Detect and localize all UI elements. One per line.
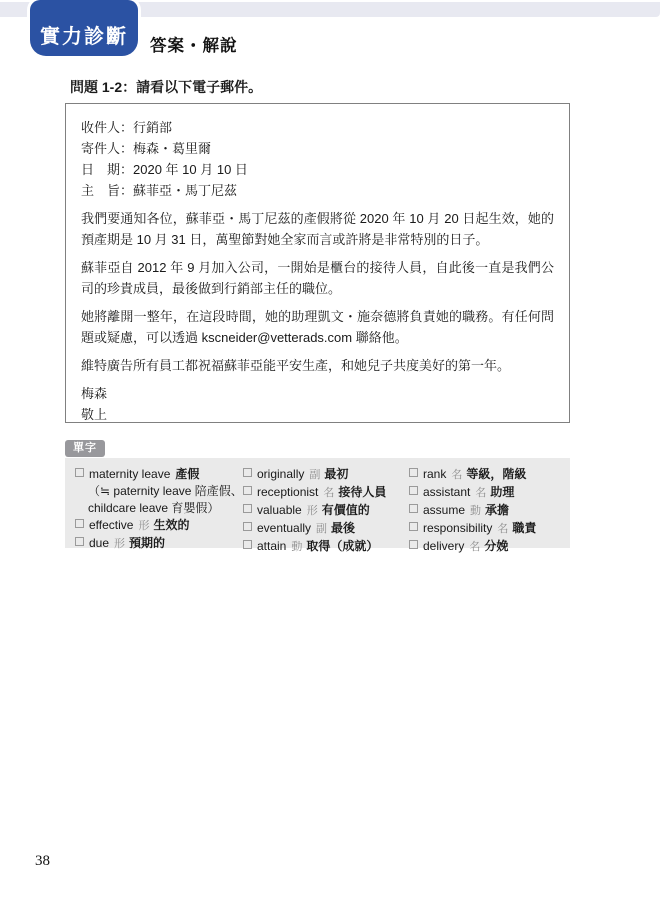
vocab-entry: effective形生效的 <box>75 517 243 535</box>
vocab-entry: assume動承擔 <box>409 502 564 520</box>
email-paragraph: 蘇菲亞自 2012 年 9 月加入公司，一開始是櫃台的接待人員，自此後一直是我們… <box>81 257 554 299</box>
vocab-meaning: 產假 <box>175 467 199 481</box>
vocab-badge: 單字 <box>65 440 105 457</box>
vocab-entry: delivery名分娩 <box>409 538 564 556</box>
checkbox-icon <box>243 522 252 531</box>
vocab-word: eventually <box>257 521 311 535</box>
vocab-meaning: 助理 <box>490 485 514 499</box>
vocab-meaning: 最後 <box>331 521 355 535</box>
question-number: 問題 1-2： <box>70 79 136 95</box>
vocab-word: delivery <box>423 539 464 553</box>
vocab-meaning: 取得（成就） <box>306 539 378 553</box>
email-box: 收件人：行銷部 寄件人：梅森・葛里爾 日 期：2020 年 10 月 10 日 … <box>65 103 570 423</box>
vocab-word: responsibility <box>423 521 492 535</box>
section-title: 答案・解說 <box>150 32 238 56</box>
vocab-meaning: 等級，階級 <box>466 467 526 481</box>
checkbox-icon <box>243 468 252 477</box>
section-badge: 實力診斷 <box>30 0 138 56</box>
vocab-entry: due形預期的 <box>75 535 243 553</box>
vocab-meaning: 承擔 <box>485 503 509 517</box>
vocab-pos: 形 <box>114 538 125 550</box>
vocab-pos: 名 <box>497 523 508 535</box>
email-paragraph: 她將離開一整年，在這段時間，她的助理凱文・施奈德將負責她的職務。有任何問題或疑慮… <box>81 306 554 348</box>
vocab-pos: 動 <box>291 541 302 553</box>
checkbox-icon <box>409 468 418 477</box>
vocab-column-1: maternity leave產假 （≒ paternity leave 陪產假… <box>75 466 243 540</box>
email-header-value: 梅森・葛里爾 <box>133 141 211 156</box>
vocab-note: childcare leave 育嬰假） <box>75 500 243 517</box>
checkbox-icon <box>243 486 252 495</box>
vocab-meaning: 預期的 <box>129 536 165 550</box>
email-header-label: 寄件人： <box>81 141 133 156</box>
checkbox-icon <box>243 540 252 549</box>
vocab-entry: attain動取得（成就） <box>243 538 409 556</box>
checkbox-icon <box>409 486 418 495</box>
email-header-label: 日 期： <box>81 162 133 177</box>
checkbox-icon <box>75 468 84 477</box>
vocab-word: effective <box>89 518 133 532</box>
vocab-meaning: 職責 <box>512 521 536 535</box>
vocab-pos: 名 <box>323 487 334 499</box>
book-page: 實力診斷 答案・解說 問題 1-2：請看以下電子郵件。 收件人：行銷部 寄件人：… <box>0 0 663 900</box>
vocab-meaning: 最初 <box>324 467 348 481</box>
email-header-value: 行銷部 <box>133 120 172 135</box>
checkbox-icon <box>409 504 418 513</box>
vocab-word: rank <box>423 467 446 481</box>
email-header-value: 蘇菲亞・馬丁尼茲 <box>133 183 237 198</box>
email-header-to: 收件人：行銷部 <box>81 117 554 138</box>
vocab-pos: 動 <box>470 505 481 517</box>
signature-closing: 敬上 <box>81 404 554 425</box>
email-paragraph: 我們要通知各位，蘇菲亞・馬丁尼茲的產假將從 2020 年 10 月 20 日起生… <box>81 208 554 250</box>
vocab-entry: receptionist名接待人員 <box>243 484 409 502</box>
vocab-word: originally <box>257 467 304 481</box>
email-header-date: 日 期：2020 年 10 月 10 日 <box>81 159 554 180</box>
vocab-pos: 名 <box>451 469 462 481</box>
section-badge-label: 實力診斷 <box>40 20 128 49</box>
vocab-word: assume <box>423 503 465 517</box>
vocab-word: receptionist <box>257 485 318 499</box>
vocab-pos: 副 <box>309 469 320 481</box>
vocab-entry: rank名等級，階級 <box>409 466 564 484</box>
vocab-column-3: rank名等級，階級 assistant名助理 assume動承擔 respon… <box>409 466 564 540</box>
signature-name: 梅森 <box>81 383 554 404</box>
vocab-pos: 名 <box>469 541 480 553</box>
vocab-meaning: 分娩 <box>484 539 508 553</box>
email-header-label: 收件人： <box>81 120 133 135</box>
vocab-entry: responsibility名職責 <box>409 520 564 538</box>
vocab-entry: eventually副最後 <box>243 520 409 538</box>
email-signature: 梅森 敬上 <box>81 383 554 425</box>
vocab-word: maternity leave <box>89 467 170 481</box>
email-header-label: 主 旨： <box>81 183 133 198</box>
question-heading: 問題 1-2：請看以下電子郵件。 <box>70 77 262 97</box>
vocab-pos: 形 <box>307 505 318 517</box>
vocab-word: assistant <box>423 485 470 499</box>
vocab-meaning: 生效的 <box>153 518 189 532</box>
vocab-entry: originally副最初 <box>243 466 409 484</box>
vocab-pos: 形 <box>138 520 149 532</box>
vocab-note: （≒ paternity leave 陪產假、 <box>75 483 243 500</box>
vocab-word: due <box>89 536 109 550</box>
email-header-from: 寄件人：梅森・葛里爾 <box>81 138 554 159</box>
checkbox-icon <box>409 522 418 531</box>
question-instruction: 請看以下電子郵件。 <box>136 79 262 95</box>
vocab-entry: assistant名助理 <box>409 484 564 502</box>
vocab-word: valuable <box>257 503 302 517</box>
vocab-entry: maternity leave產假 <box>75 466 243 483</box>
vocab-pos: 副 <box>316 523 327 535</box>
email-paragraph: 維特廣告所有員工都祝福蘇菲亞能平安生產，和她兒子共度美好的第一年。 <box>81 355 554 376</box>
vocab-box: maternity leave產假 （≒ paternity leave 陪產假… <box>65 458 570 548</box>
checkbox-icon <box>75 519 84 528</box>
vocab-meaning: 接待人員 <box>338 485 386 499</box>
checkbox-icon <box>409 540 418 549</box>
email-header-value: 2020 年 10 月 10 日 <box>133 162 248 177</box>
checkbox-icon <box>75 537 84 546</box>
page-number: 38 <box>35 853 50 870</box>
vocab-meaning: 有價值的 <box>322 503 370 517</box>
vocab-entry: valuable形有價值的 <box>243 502 409 520</box>
checkbox-icon <box>243 504 252 513</box>
email-headers: 收件人：行銷部 寄件人：梅森・葛里爾 日 期：2020 年 10 月 10 日 … <box>81 117 554 201</box>
vocab-column-2: originally副最初 receptionist名接待人員 valuable… <box>243 466 409 540</box>
email-header-subject: 主 旨：蘇菲亞・馬丁尼茲 <box>81 180 554 201</box>
vocab-pos: 名 <box>475 487 486 499</box>
vocab-word: attain <box>257 539 286 553</box>
vocab-badge-label: 單字 <box>73 442 97 454</box>
